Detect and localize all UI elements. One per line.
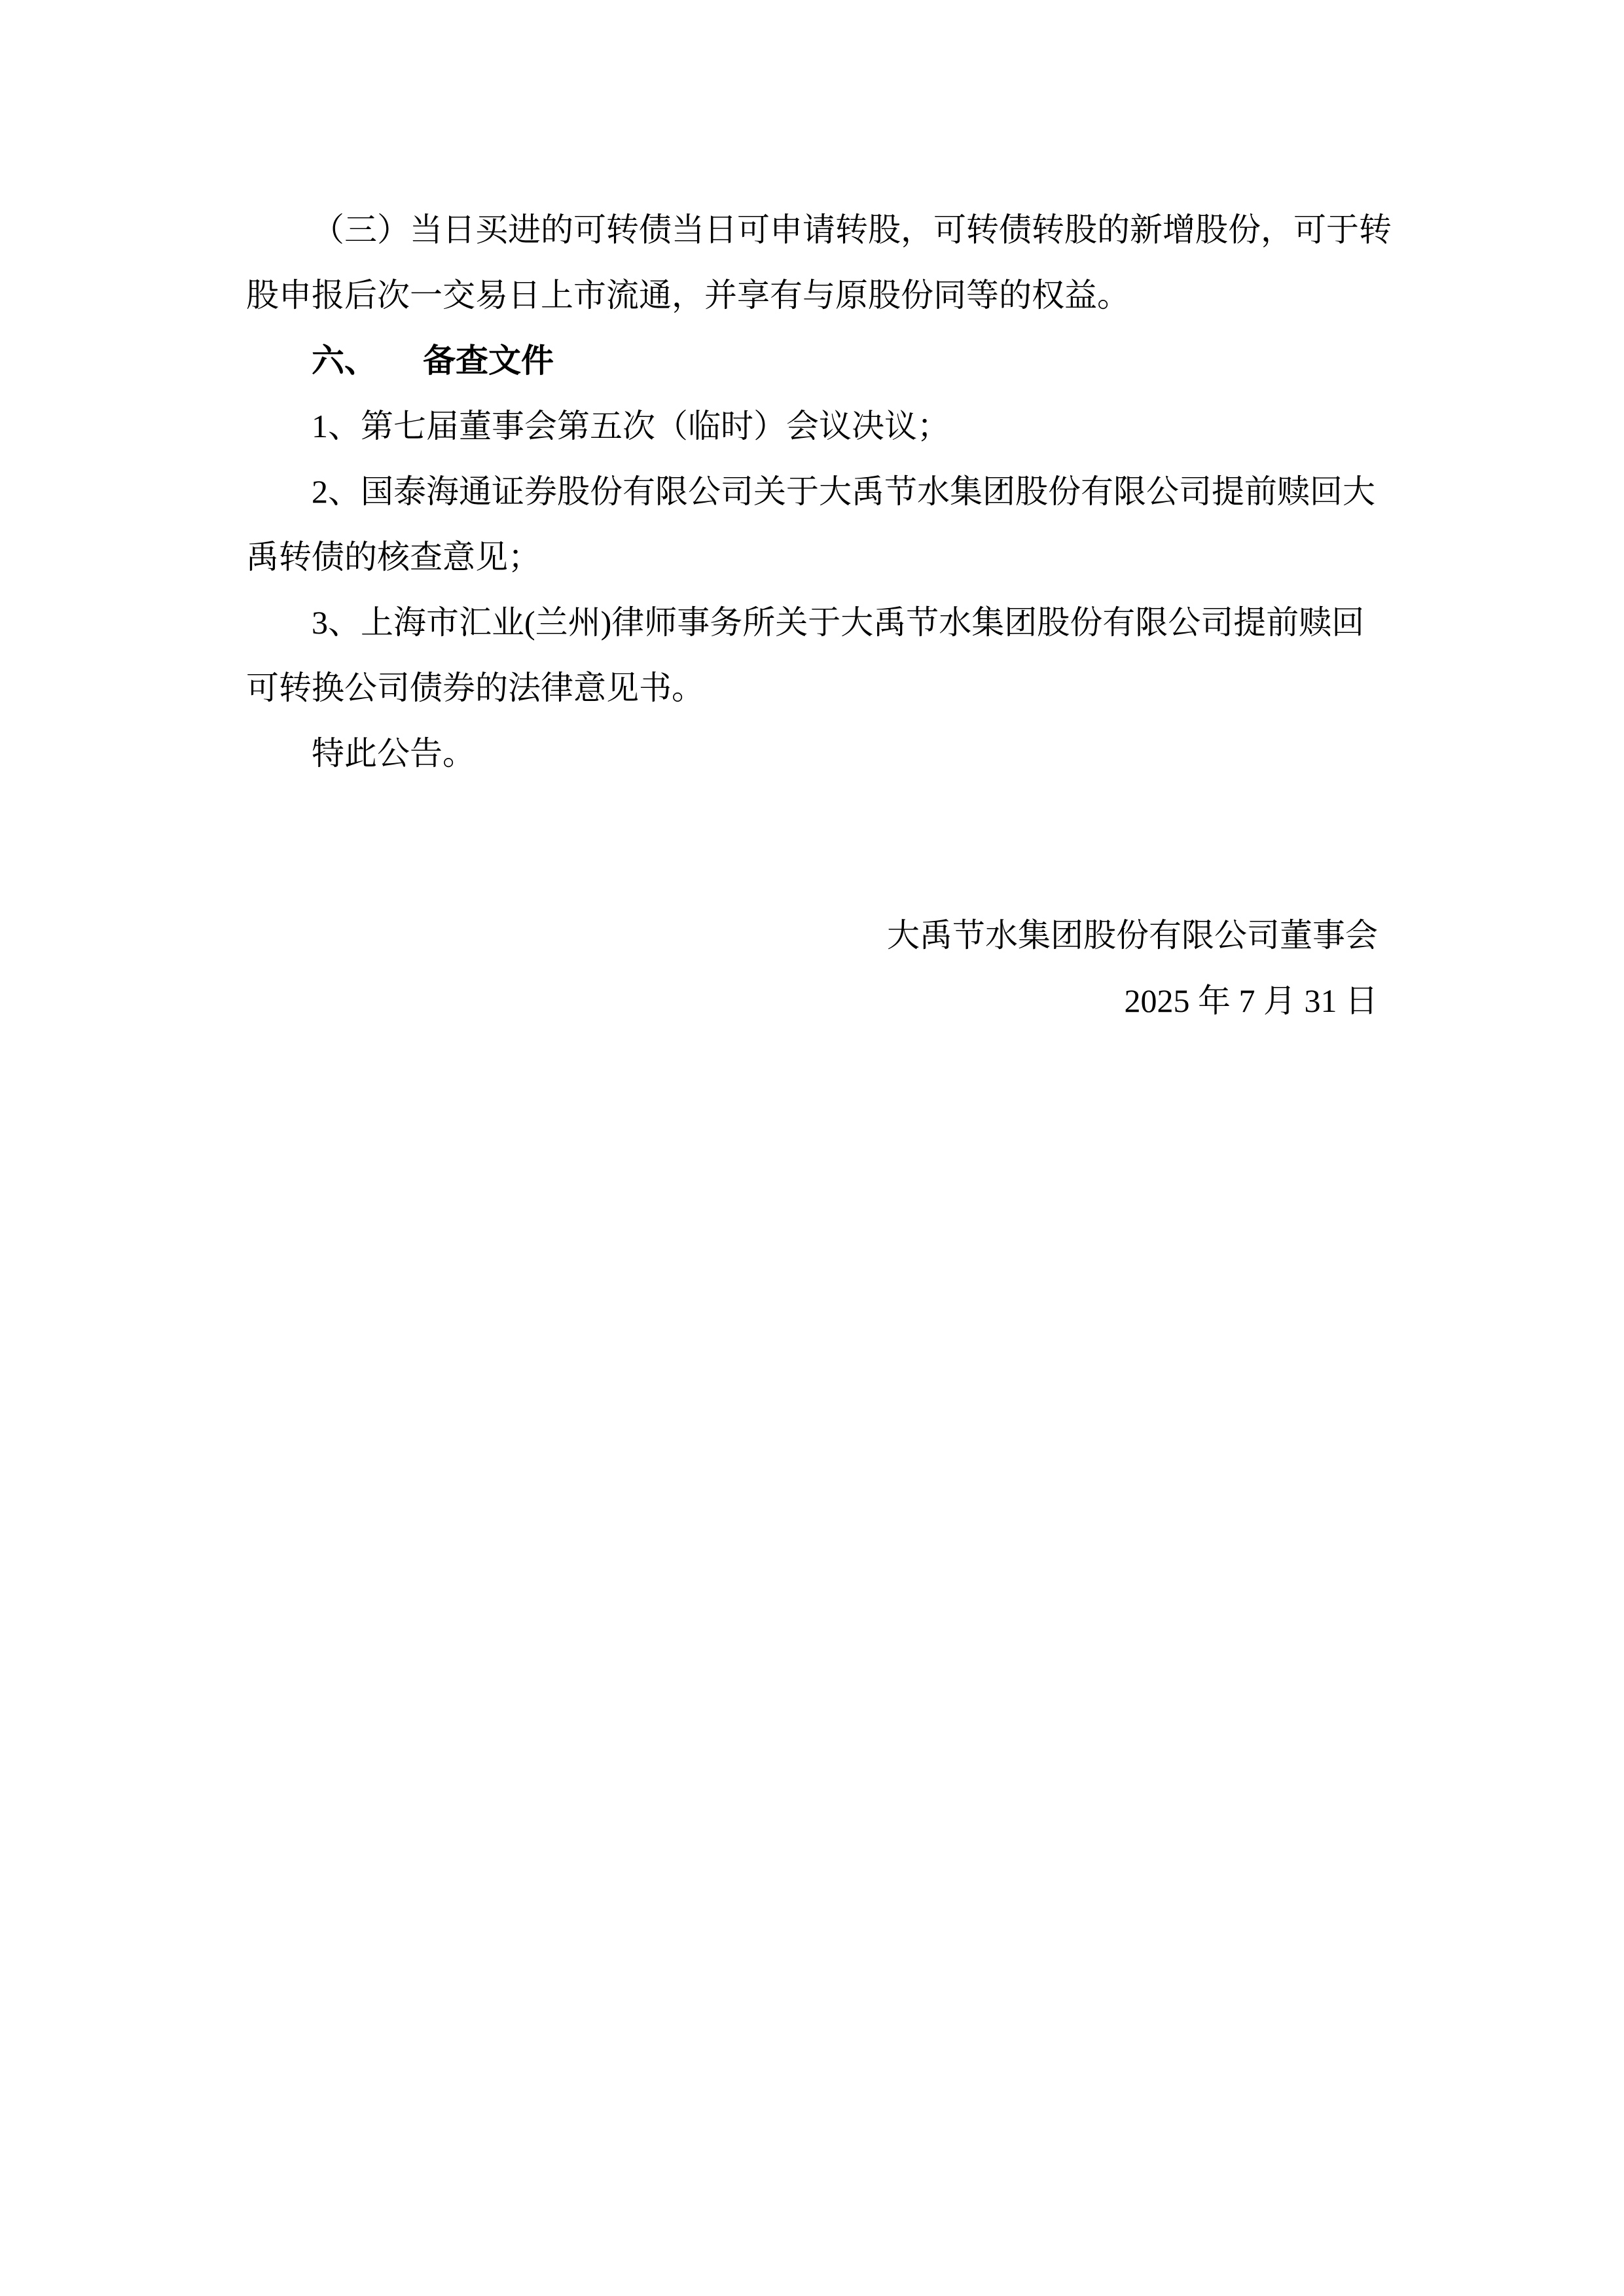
paragraph-line: 股申报后次一交易日上市流通，并享有与原股份同等的权益。	[246, 262, 1378, 328]
signature-block: 大禹节水集团股份有限公司董事会 2025 年 7 月 31 日	[246, 903, 1378, 1033]
list-item: 1、第七届董事会第五次（临时）会议决议；	[246, 393, 1378, 459]
section-heading: 六、备查文件	[246, 328, 1378, 393]
list-item: 2、国泰海通证券股份有限公司关于大禹节水集团股份有限公司提前赎回大	[246, 459, 1378, 524]
list-item: 3、上海市汇业(兰州)律师事务所关于大禹节水集团股份有限公司提前赎回	[246, 590, 1378, 655]
list-item-continuation: 禹转债的核查意见；	[246, 524, 1378, 590]
signature-company: 大禹节水集团股份有限公司董事会	[246, 903, 1378, 968]
signature-date: 2025 年 7 月 31 日	[246, 968, 1378, 1033]
document-page: （三）当日买进的可转债当日可申请转股，可转债转股的新增股份，可于转 股申报后次一…	[0, 0, 1624, 2296]
section-number: 六、	[312, 342, 377, 379]
paragraph-line: （三）当日买进的可转债当日可申请转股，可转债转股的新增股份，可于转	[246, 197, 1378, 262]
section-title: 备查文件	[423, 342, 554, 379]
document-body: （三）当日买进的可转债当日可申请转股，可转债转股的新增股份，可于转 股申报后次一…	[246, 197, 1378, 1033]
closing-statement: 特此公告。	[246, 721, 1378, 786]
list-item-continuation: 可转换公司债券的法律意见书。	[246, 655, 1378, 721]
